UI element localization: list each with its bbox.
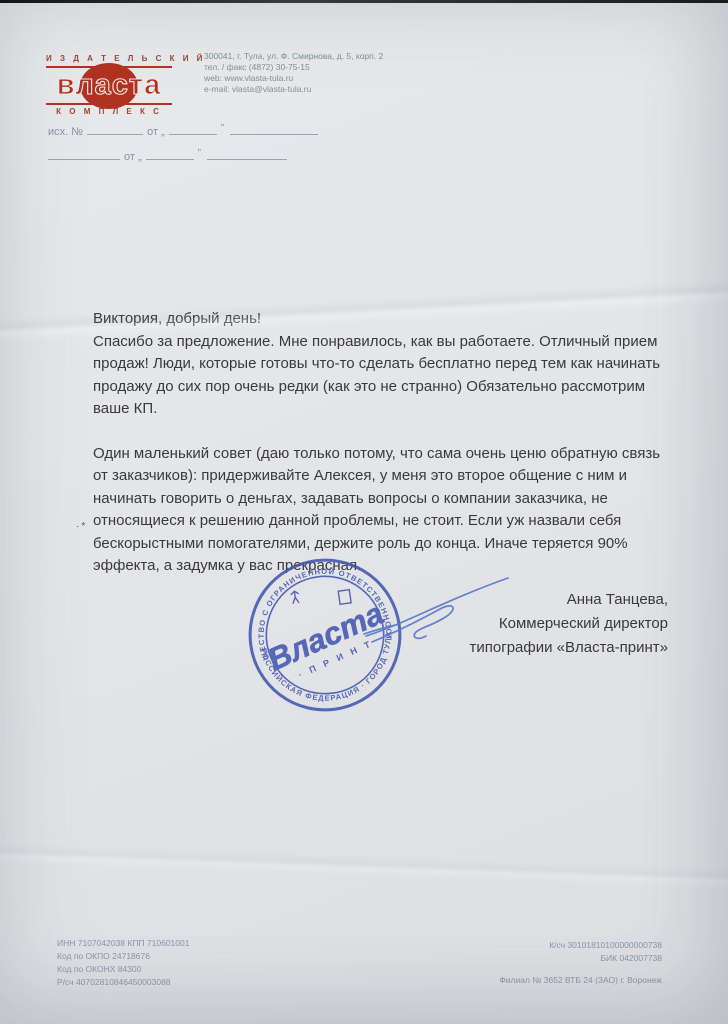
footer-okonh: Код по ОКОНХ 84300 xyxy=(57,963,189,976)
handwritten-signature xyxy=(362,574,512,660)
greeting-line: Виктория, добрый день! xyxy=(93,308,673,331)
blank-line xyxy=(48,149,120,160)
blank-line xyxy=(87,124,143,135)
from-label: от „ xyxy=(147,126,165,138)
reference-row-2: от „” xyxy=(48,148,322,173)
scanned-letter-page: { "letterhead": { "top_label": "И З Д А … xyxy=(0,0,728,1024)
stamp-figure-decoration xyxy=(290,591,300,604)
reference-lines: исх. №от „” от „” xyxy=(48,123,322,173)
outgoing-number-label: исх. № xyxy=(48,126,83,138)
from-label: от „ xyxy=(124,151,142,163)
letter-body: Виктория, добрый день! Спасибо за предло… xyxy=(93,308,673,578)
footer-okpo: Код по ОКПО 24718676 xyxy=(57,950,189,963)
close-quote: ” xyxy=(221,123,224,134)
contact-email: e-mail: vlasta@vlasta-tula.ru xyxy=(204,84,383,95)
reference-row-1: исх. №от „” xyxy=(48,123,322,148)
contact-address: 300041, г. Тула, ул. Ф. Смирнова, д. 5, … xyxy=(204,51,383,62)
paragraph-1: Спасибо за предложение. Мне понравилось,… xyxy=(93,331,673,421)
footer-corr-account: К/сч 30101810100000000738 xyxy=(499,939,662,952)
blank-line xyxy=(169,124,217,135)
footer-right-requisites: К/сч 30101810100000000738 БИК 042007738 … xyxy=(499,939,662,987)
scan-artifact-mark: ·* xyxy=(76,521,87,532)
signature-stroke xyxy=(364,625,396,634)
blank-line xyxy=(146,149,194,160)
blank-line xyxy=(230,124,318,135)
footer-inn-kpp: ИНН 7107042038 КПП 710601001 xyxy=(57,937,189,950)
scan-edge xyxy=(0,0,728,3)
footer-branch: Филиал № 3652 ВТБ 24 (ЗАО) г. Воронеж xyxy=(499,974,662,987)
signature-stroke xyxy=(372,606,453,642)
paragraph-gap xyxy=(93,421,673,443)
footer-bik: БИК 042007738 xyxy=(499,952,662,965)
logo-wordmark: власта xyxy=(46,66,172,105)
stamp-flag-decoration xyxy=(338,590,351,605)
contact-web: web: www.vlasta-tula.ru xyxy=(204,73,383,84)
footer-account: Р/сч 40702810846450003088 xyxy=(57,976,189,989)
blank-line xyxy=(207,149,287,160)
contact-phone: тел. / факс (4872) 30-75-15 xyxy=(204,62,383,73)
contact-block: 300041, г. Тула, ул. Ф. Смирнова, д. 5, … xyxy=(204,51,383,95)
logo-word: власта xyxy=(57,70,161,100)
paper-crease xyxy=(0,824,728,902)
vlasta-logo: И З Д А Т Е Л Ь С К И Й власта К О М П Л… xyxy=(46,54,172,116)
close-quote: ” xyxy=(198,148,201,159)
footer-left-requisites: ИНН 7107042038 КПП 710601001 Код по ОКПО… xyxy=(57,937,189,989)
